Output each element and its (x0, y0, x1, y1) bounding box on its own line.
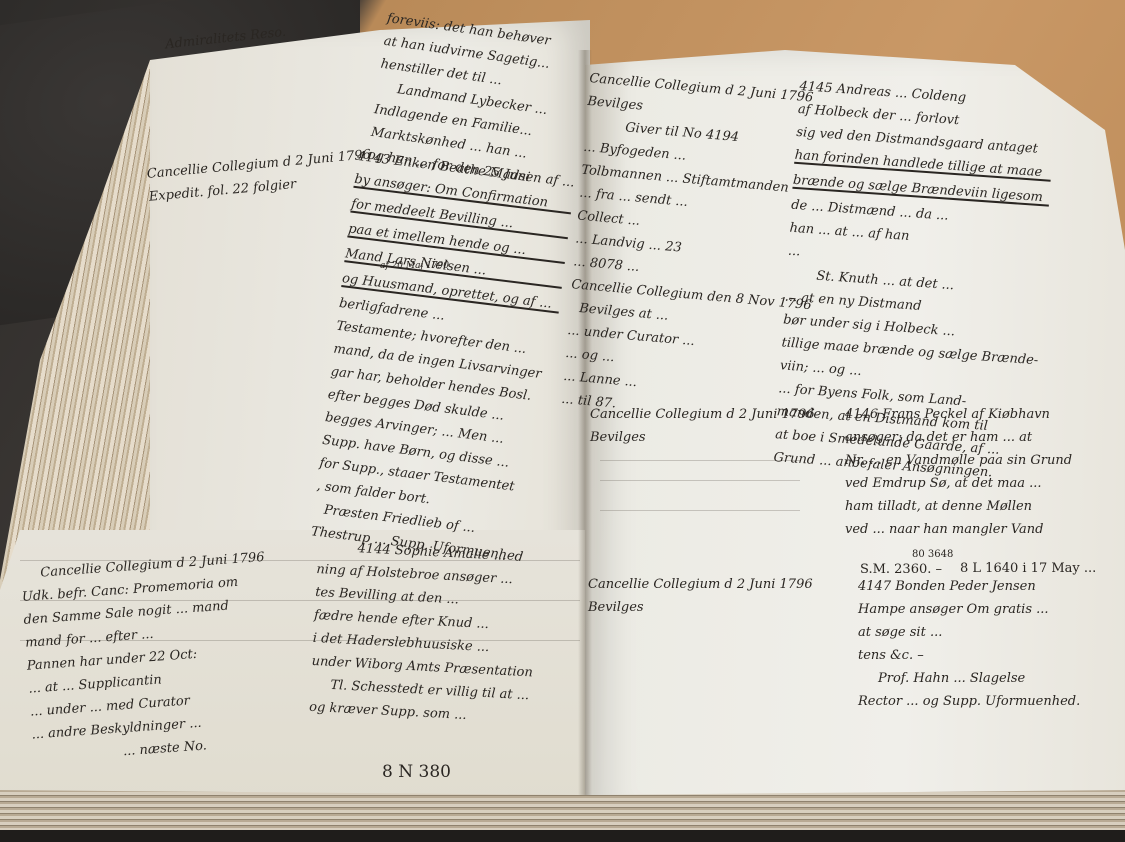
figure-left: S.M. 2360. – (860, 563, 942, 576)
entry-4147: 4147 Bonden Peder Jensen Hampe ansøger O… (858, 580, 1080, 718)
figure-right: 8 L 1640 i 17 May ... (960, 562, 1096, 575)
entry-4146: 4146 Frans Peckel af Kiøbhavn ansøger: d… (845, 408, 1072, 546)
figure-above: 80 3648 (912, 550, 953, 560)
margin-4146: Cancellie Collegium d 2 Juni 1796 Bevilg… (590, 408, 815, 454)
table-shadow (0, 830, 1125, 842)
ruled-line (600, 460, 800, 461)
ruled-line (600, 480, 800, 481)
open-ledger-book: Admiralitets Reso. foreviis: det han beh… (0, 0, 1125, 842)
reference-number: 8 N 380 (382, 764, 451, 781)
interlinear-note: af 20 Maj 1790 (380, 262, 449, 271)
ruled-line (600, 510, 800, 511)
margin-4147: Cancellie Collegium d 2 Juni 1796 Bevilg… (588, 578, 813, 624)
margin-4144: Cancellie Collegium d 2 Juni 1796 Udk. b… (20, 551, 278, 775)
entry-4144: 4144 Sophie Amalie ... ning af Holstebro… (308, 540, 539, 735)
